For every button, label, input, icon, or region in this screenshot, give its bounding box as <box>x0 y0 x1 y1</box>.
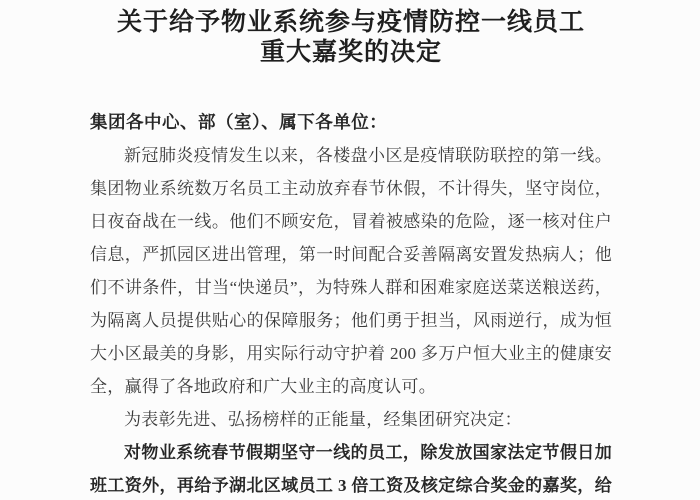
body-line: 集团物业系统数万名员工主动放弃春节休假，不计得失，坚守岗位， <box>90 172 612 205</box>
document-body: 新冠肺炎疫情发生以来，各楼盘小区是疫情联防联控的第一线。 集团物业系统数万名员工… <box>90 139 612 500</box>
body-line: 为隔离人员提供贴心的保障服务；他们勇于担当，风雨逆行，成为恒 <box>90 304 612 337</box>
body-line: 们不讲条件，甘当“快递员”，为特殊人群和困难家庭送菜送粮送药， <box>90 271 612 304</box>
salutation-line: 集团各中心、部（室）、属下各单位： <box>90 106 612 139</box>
title-line-1: 关于给予物业系统参与疫情防控一线员工 <box>90 8 612 38</box>
document-title: 关于给予物业系统参与疫情防控一线员工 重大嘉奖的决定 <box>90 8 612 68</box>
body-line: 班工资外，再给予湖北区域员工 3 倍工资及核定综合奖金的嘉奖，给 <box>90 469 612 500</box>
body-line: 信息，严抓园区进出管理，第一时间配合妥善隔离安置发热病人；他 <box>90 238 612 271</box>
body-line: 为表彰先进、弘扬榜样的正能量，经集团研究决定： <box>90 403 612 436</box>
body-line: 全，赢得了各地政府和广大业主的高度认可。 <box>90 370 612 403</box>
title-line-2: 重大嘉奖的决定 <box>90 38 612 68</box>
body-line: 对物业系统春节假期坚守一线的员工，除发放国家法定节假日加 <box>90 436 612 469</box>
body-line: 大小区最美的身影，用实际行动守护着 200 多万户恒大业主的健康安 <box>90 337 612 370</box>
body-line: 日夜奋战在一线。他们不顾安危，冒着被感染的危险，逐一核对住户 <box>90 205 612 238</box>
document-page: 关于给予物业系统参与疫情防控一线员工 重大嘉奖的决定 集团各中心、部（室）、属下… <box>0 0 700 500</box>
body-line: 新冠肺炎疫情发生以来，各楼盘小区是疫情联防联控的第一线。 <box>90 139 612 172</box>
